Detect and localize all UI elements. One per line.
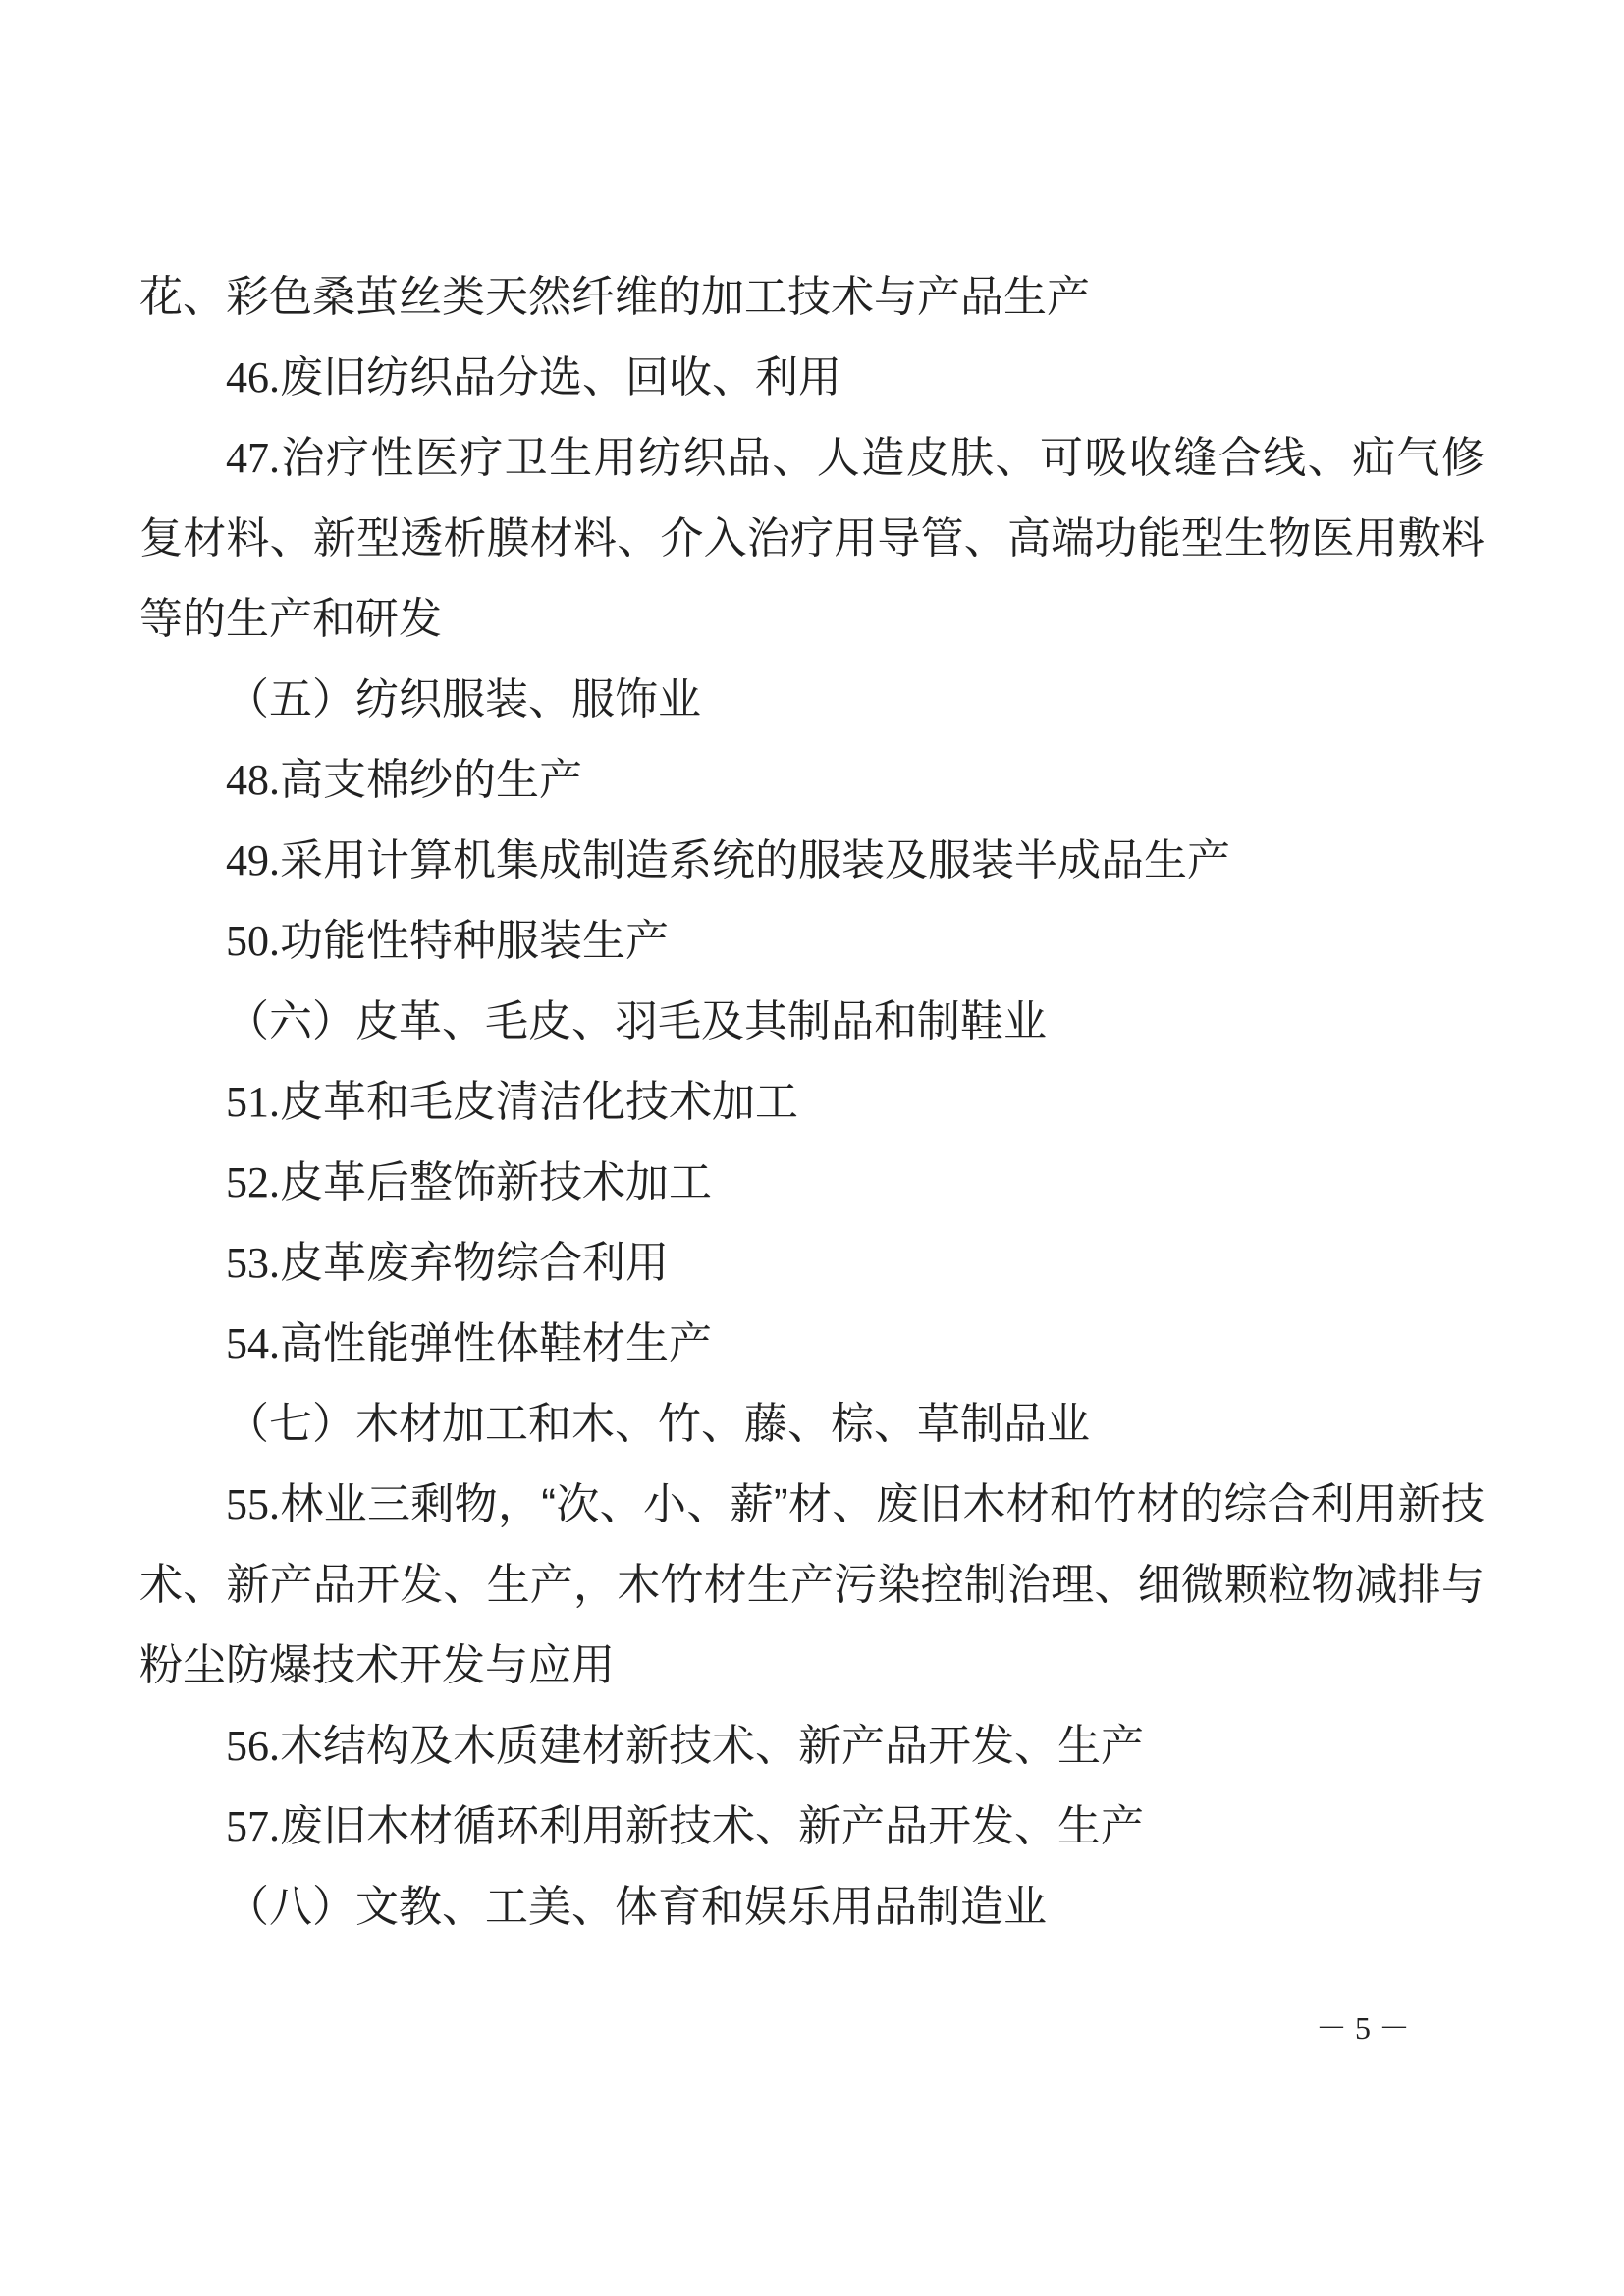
paragraph-item-47: 47.治疗性医疗卫生用纺织品、人造皮肤、可吸收缝合线、疝气修复材料、新型透析膜材… xyxy=(139,418,1485,660)
section-heading-7: （七）木材加工和木、竹、藤、棕、草制品业 xyxy=(139,1384,1485,1465)
paragraph-item-48: 48.高支棉纱的生产 xyxy=(139,740,1485,821)
paragraph-item-54: 54.高性能弹性体鞋材生产 xyxy=(139,1304,1485,1384)
paragraph-item-53: 53.皮革废弃物综合利用 xyxy=(139,1223,1485,1304)
paragraph-item-52: 52.皮革后整饰新技术加工 xyxy=(139,1143,1485,1223)
paragraph-item-57: 57.废旧木材循环利用新技术、新产品开发、生产 xyxy=(139,1787,1485,1867)
paragraph-item-50: 50.功能性特种服装生产 xyxy=(139,901,1485,982)
paragraph-continuation: 花、彩色桑茧丝类天然纤维的加工技术与产品生产 xyxy=(139,257,1485,338)
document-body: 花、彩色桑茧丝类天然纤维的加工技术与产品生产 46.废旧纺织品分选、回收、利用 … xyxy=(139,257,1485,1948)
paragraph-item-49: 49.采用计算机集成制造系统的服装及服装半成品生产 xyxy=(139,821,1485,901)
section-heading-6: （六）皮革、毛皮、羽毛及其制品和制鞋业 xyxy=(139,982,1485,1062)
document-page: 花、彩色桑茧丝类天然纤维的加工技术与产品生产 46.废旧纺织品分选、回收、利用 … xyxy=(0,0,1624,2296)
paragraph-item-55: 55.林业三剩物，“次、小、薪”材、废旧木材和竹材的综合利用新技术、新产品开发、… xyxy=(139,1465,1485,1706)
paragraph-item-46: 46.废旧纺织品分选、回收、利用 xyxy=(139,338,1485,418)
page-number: － 5 － xyxy=(1316,2004,1410,2052)
section-heading-8: （八）文教、工美、体育和娱乐用品制造业 xyxy=(139,1867,1485,1948)
paragraph-item-51: 51.皮革和毛皮清洁化技术加工 xyxy=(139,1062,1485,1143)
section-heading-5: （五）纺织服装、服饰业 xyxy=(139,660,1485,740)
paragraph-item-56: 56.木结构及木质建材新技术、新产品开发、生产 xyxy=(139,1706,1485,1787)
